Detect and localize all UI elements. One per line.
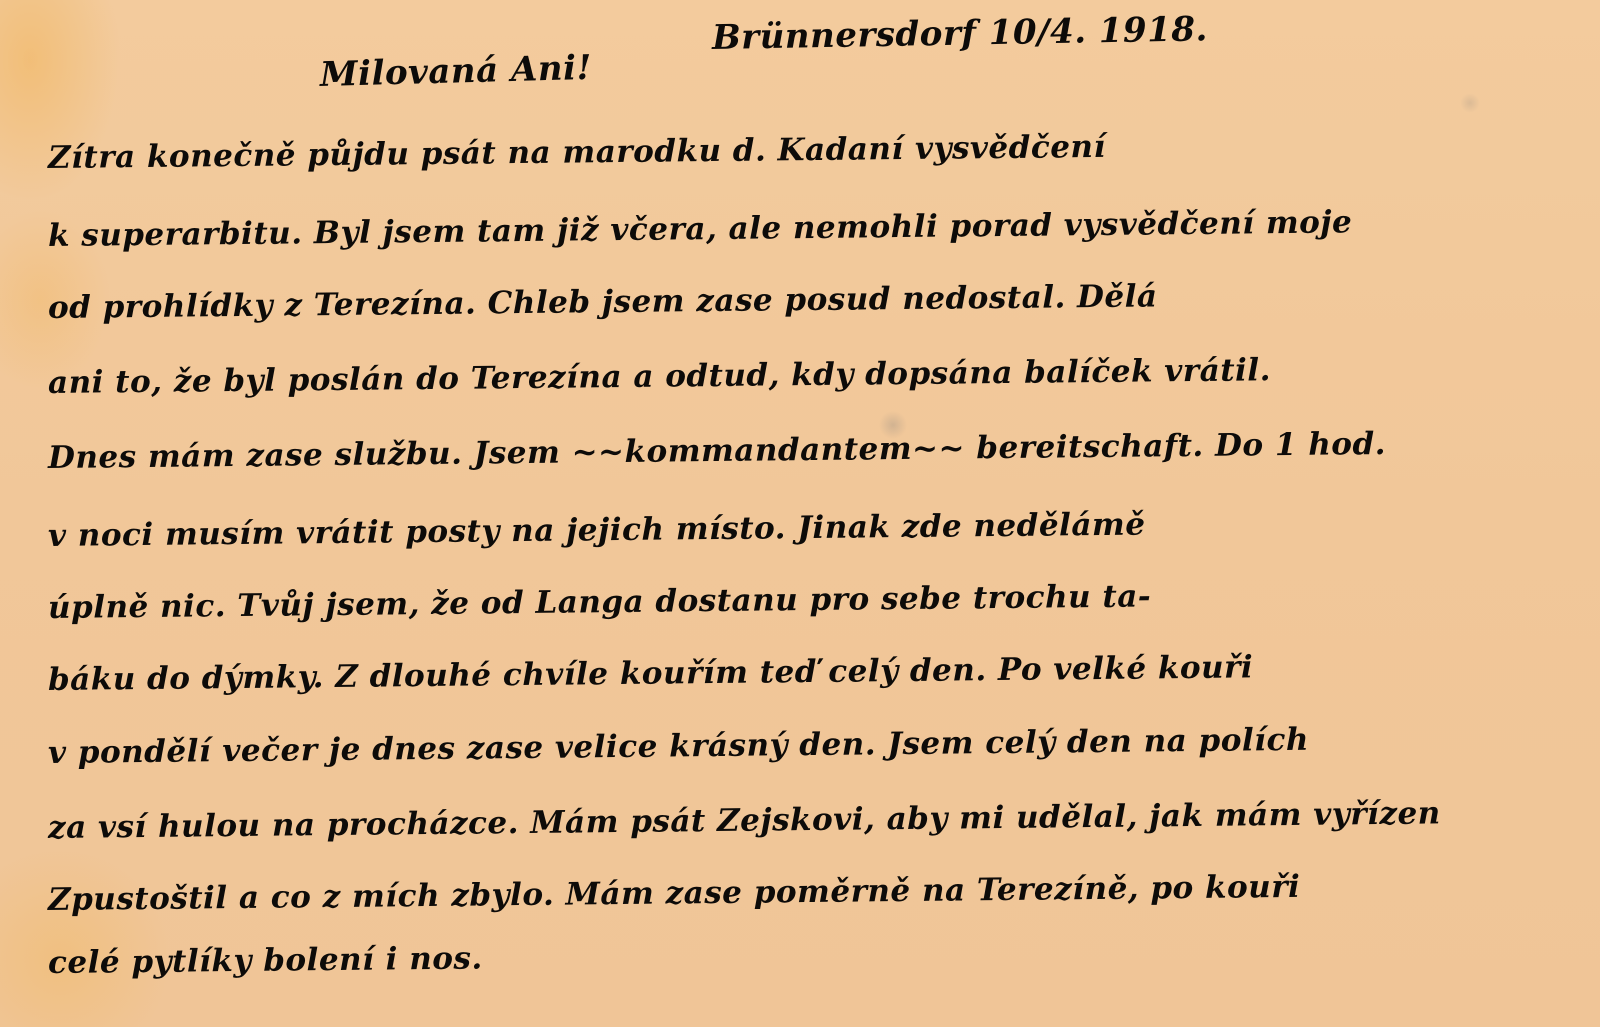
letter-line: celé pytlíky bolení i nos. (48, 940, 483, 981)
letter-line: báku do dýmky. Z dlouhé chvíle kouřím te… (48, 649, 1254, 698)
letter-paper: Brünnersdorf 10/4. 1918. Milovaná Ani! Z… (0, 0, 1600, 1027)
letter-line: v pondělí večer je dnes zase velice krás… (48, 722, 1309, 771)
place-date: Brünnersdorf 10/4. 1918. (712, 9, 1208, 58)
letter-line: v noci musím vrátit posty na jejich míst… (48, 507, 1146, 554)
letter-line: úplně nic. Tvůj jsem, že od Langa dostan… (48, 578, 1152, 626)
letter-line: od prohlídky z Terezína. Chleb jsem zase… (48, 278, 1158, 326)
letter-line: k superarbitu. Byl jsem tam již včera, a… (48, 204, 1353, 254)
salutation: Milovaná Ani! (319, 48, 592, 95)
letter-line: ani to, že byl poslán do Terezína a odtu… (48, 352, 1271, 401)
letter-line: Dnes mám zase službu. Jsem ~~kommandante… (48, 426, 1386, 476)
letter-line: Zpustoštil a co z mích zbylo. Mám zase p… (48, 869, 1301, 918)
letter-line: Zítra konečně půjdu psát na marodku d. K… (48, 129, 1106, 176)
letter-line: za vsí hulou na procházce. Mám psát Zejs… (48, 795, 1441, 846)
